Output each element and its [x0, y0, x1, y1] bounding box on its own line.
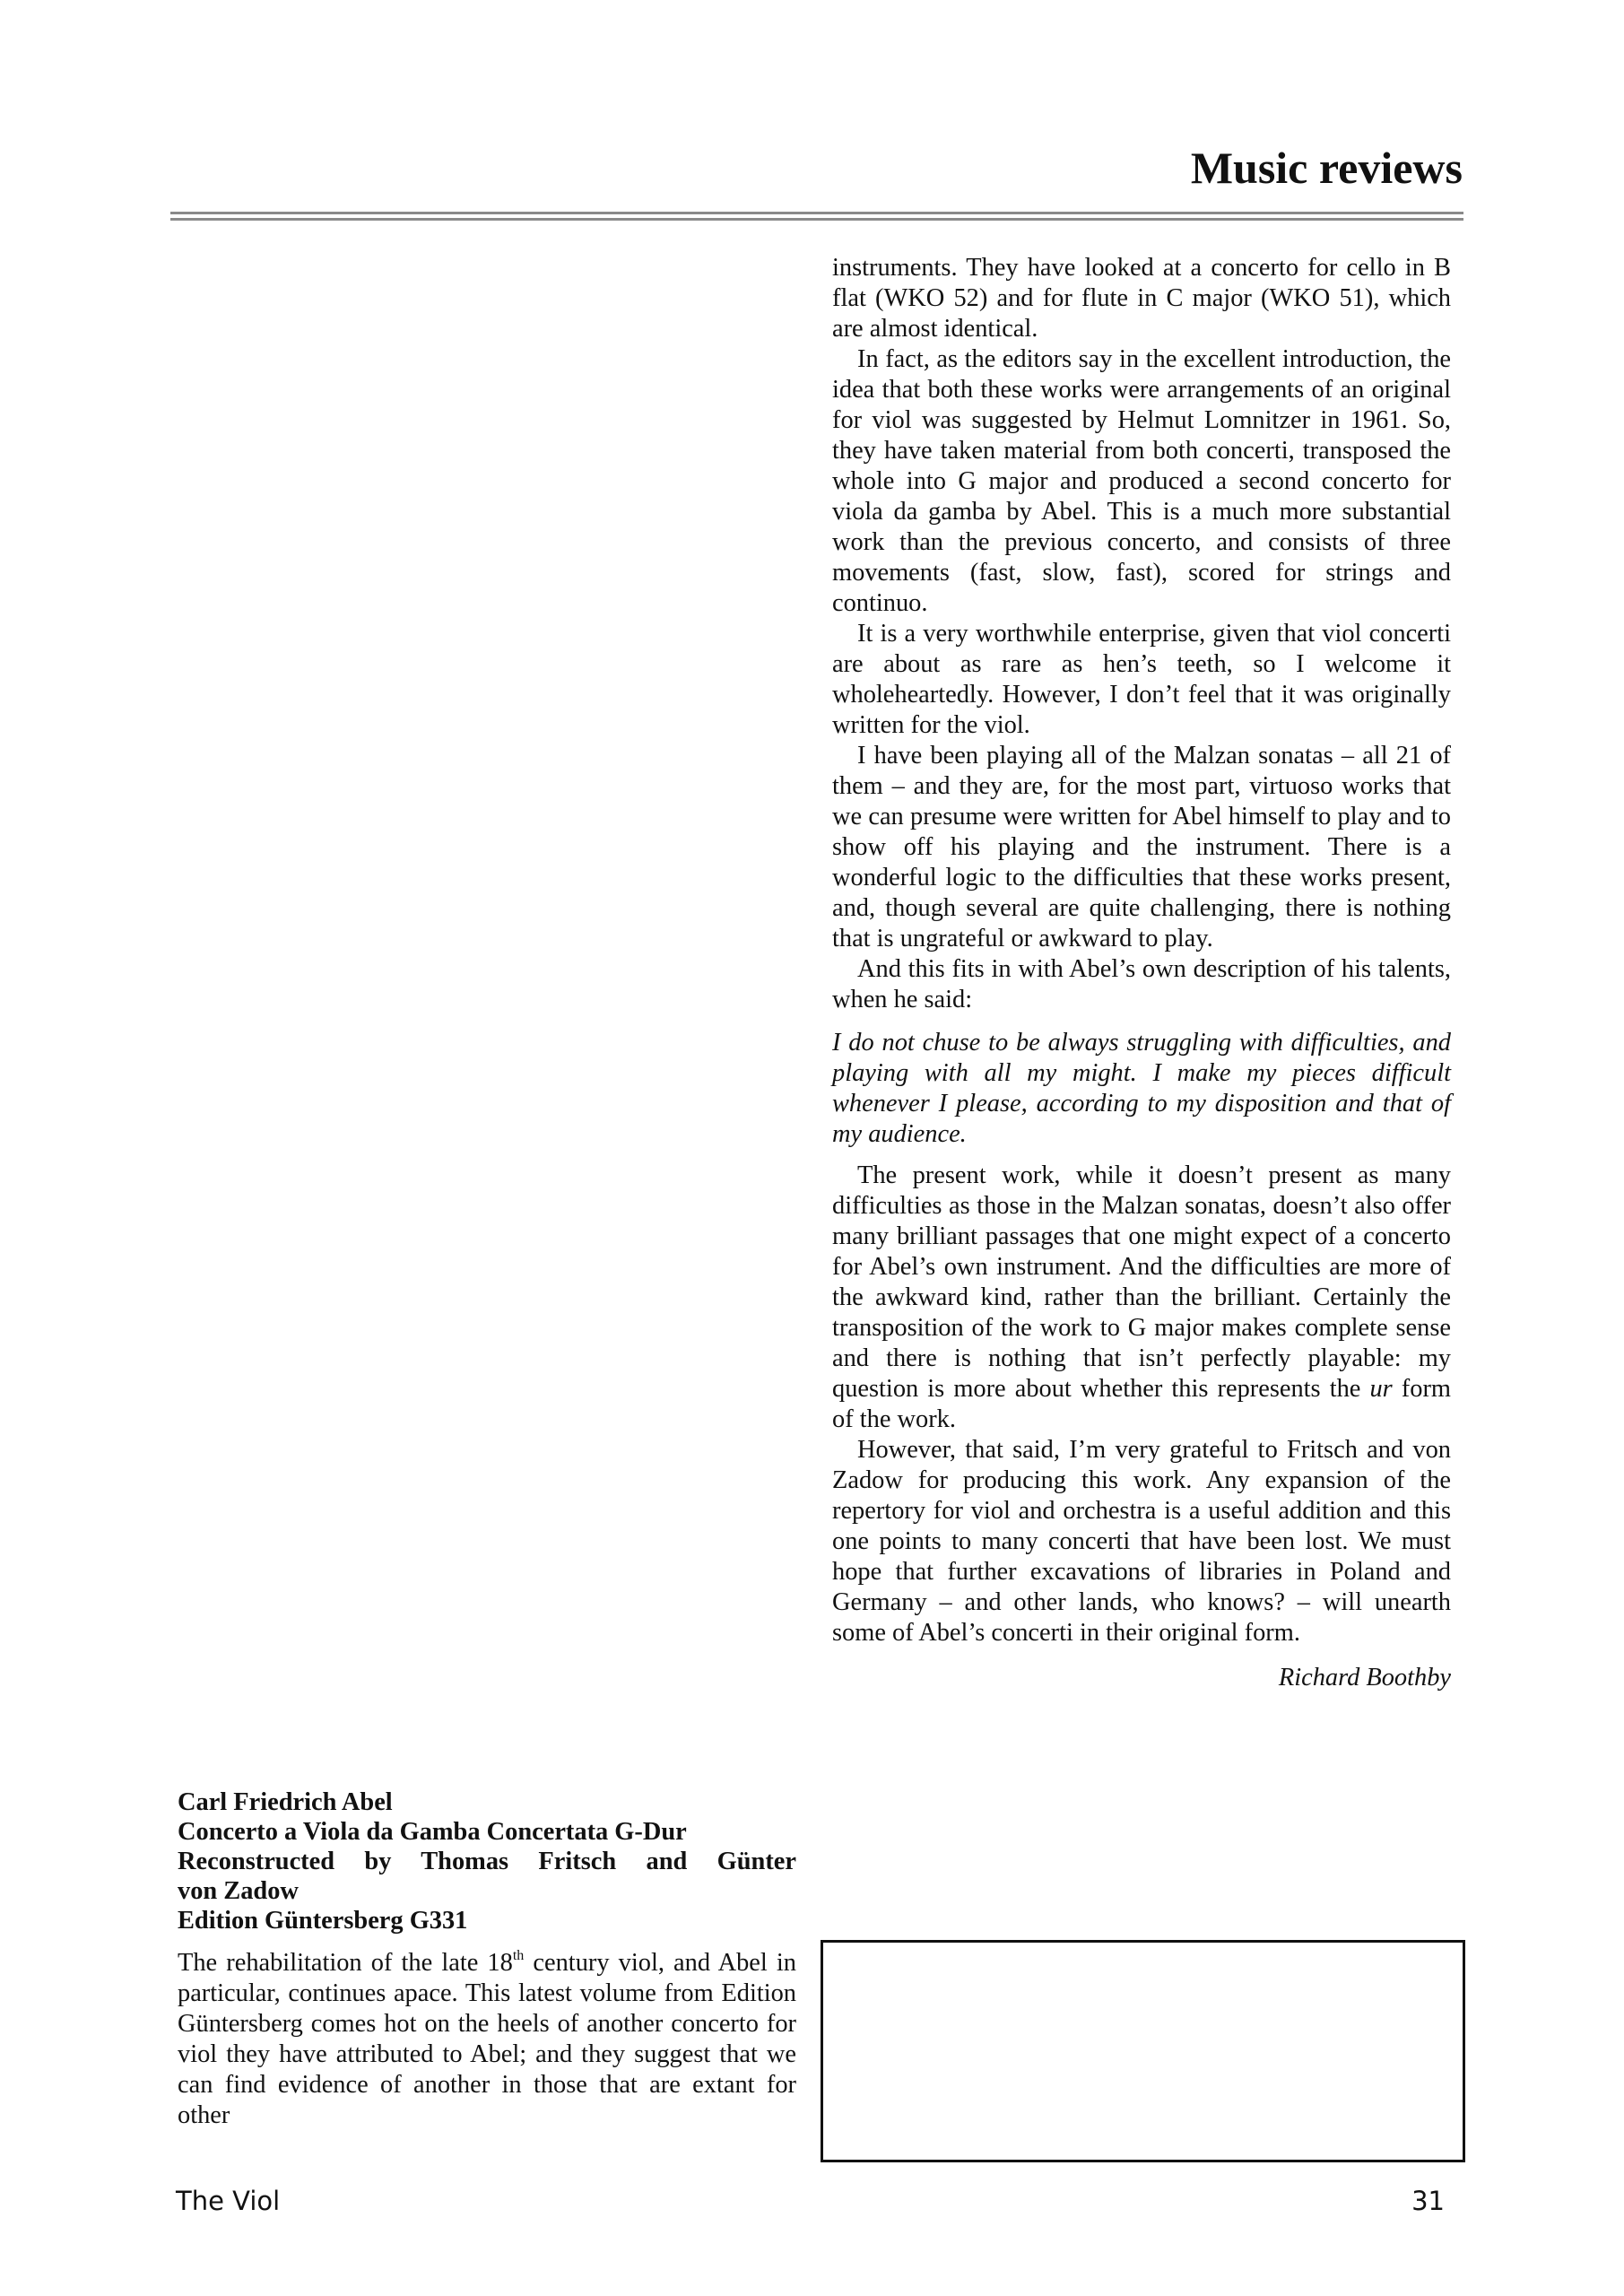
reviewer-signature: Richard Boothby	[832, 1663, 1451, 1693]
publisher-catalog: Edition Güntersberg G331	[178, 1906, 796, 1935]
header-rule-bottom	[170, 218, 1463, 221]
text-run: The rehabilitation of the late 18	[178, 1949, 513, 1977]
work-title: Concerto a Viola da Gamba Concertata G-D…	[178, 1817, 796, 1847]
continuation-paragraph: instruments. They have looked at a conce…	[832, 253, 1451, 344]
section-title: Music reviews	[1191, 142, 1463, 194]
footer-journal-name: The Viol	[176, 2186, 280, 2216]
review-heading: Carl Friedrich Abel Concerto a Viola da …	[178, 1787, 796, 1935]
body-paragraph: I have been playing all of the Malzan so…	[832, 741, 1451, 954]
abel-quote: I do not chuse to be always struggling w…	[832, 1028, 1451, 1150]
body-paragraph-ur: The present work, while it doesn’t prese…	[832, 1161, 1451, 1435]
header-rule-top	[170, 212, 1463, 214]
body-paragraph: It is a very worthwhile enterprise, give…	[832, 619, 1451, 741]
intro-paragraph: The rehabilitation of the late 18th cent…	[178, 1948, 796, 2131]
footer-page-number: 31	[1411, 2186, 1445, 2216]
empty-box-frame	[821, 1940, 1465, 2162]
superscript: th	[513, 1948, 524, 1963]
body-paragraph: And this fits in with Abel’s own descrip…	[832, 954, 1451, 1015]
editors-line-1: Reconstructed by Thomas Fritsch and Günt…	[178, 1847, 796, 1876]
closing-paragraph: However, that said, I’m very grateful to…	[832, 1435, 1451, 1648]
right-column: instruments. They have looked at a conce…	[832, 253, 1451, 1693]
composer-name: Carl Friedrich Abel	[178, 1787, 796, 1817]
text-run: The present work, while it doesn’t prese…	[832, 1161, 1451, 1403]
editors-line-2: von Zadow	[178, 1876, 796, 1906]
left-column: Carl Friedrich Abel Concerto a Viola da …	[178, 1787, 796, 2131]
italic-term: ur	[1369, 1375, 1392, 1403]
body-paragraph: In fact, as the editors say in the excel…	[832, 344, 1451, 619]
